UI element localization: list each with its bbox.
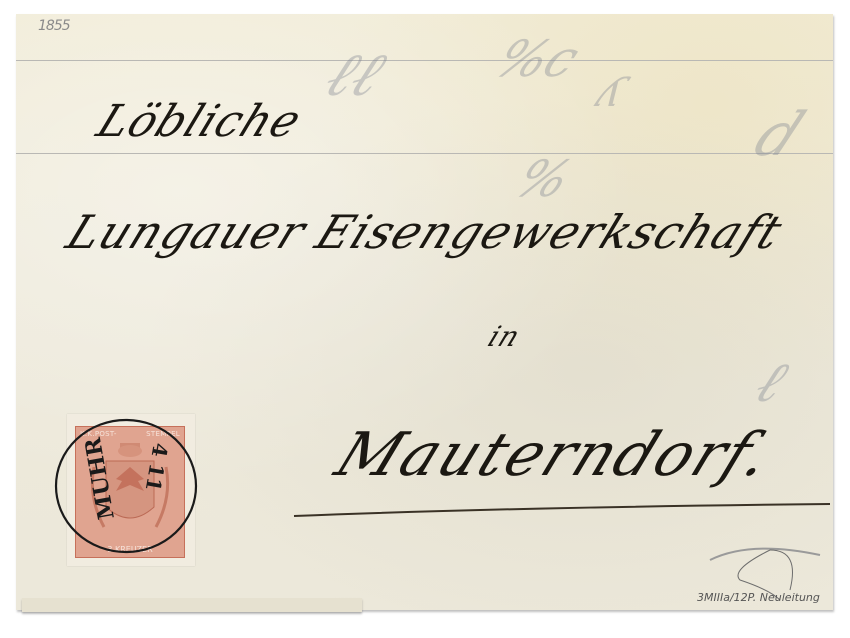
ruled-line [16,60,833,61]
salutation-text: Löbliche [90,96,310,147]
postmark-cancellation: MUHR 4 11 [42,410,202,558]
pencil-year-note: 1855 [38,18,70,34]
svg-text:4 11: 4 11 [141,441,173,493]
ruled-line [16,153,833,154]
folded-flap-edge [22,598,362,612]
recipient-text: Lungauer Eisengewerkschaft [59,205,791,259]
svg-text:MUHR: MUHR [80,435,120,522]
pencil-catalog-note: 3MIIIa/12P. Neuleitung [697,591,820,604]
destination-text: Mauterndorf. [326,420,783,490]
underline-flourish [292,500,832,520]
pencil-sketch [700,530,830,600]
